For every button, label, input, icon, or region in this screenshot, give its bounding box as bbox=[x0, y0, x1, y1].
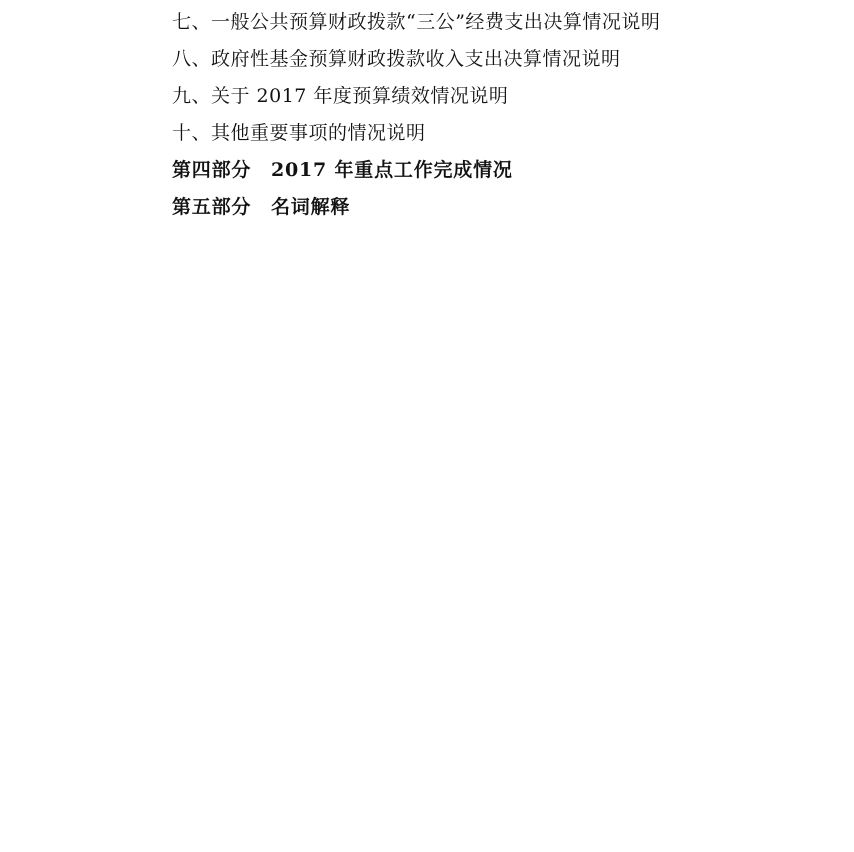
toc-block: 七、一般公共预算财政拨款“三公”经费支出决算情况说明 八、政府性基金预算财政拨款… bbox=[172, 4, 792, 226]
section-heading-part-five: 第五部分 名词解释 bbox=[172, 189, 792, 226]
document-page: 七、一般公共预算财政拨款“三公”经费支出决算情况说明 八、政府性基金预算财政拨款… bbox=[0, 0, 854, 852]
toc-item-seven: 七、一般公共预算财政拨款“三公”经费支出决算情况说明 bbox=[172, 4, 792, 41]
toc-item-eight: 八、政府性基金预算财政拨款收入支出决算情况说明 bbox=[172, 41, 792, 78]
toc-item-nine: 九、关于 2017 年度预算绩效情况说明 bbox=[172, 78, 792, 115]
toc-item-ten: 十、其他重要事项的情况说明 bbox=[172, 115, 792, 152]
section-heading-part-four: 第四部分 2017 年重点工作完成情况 bbox=[172, 152, 792, 189]
